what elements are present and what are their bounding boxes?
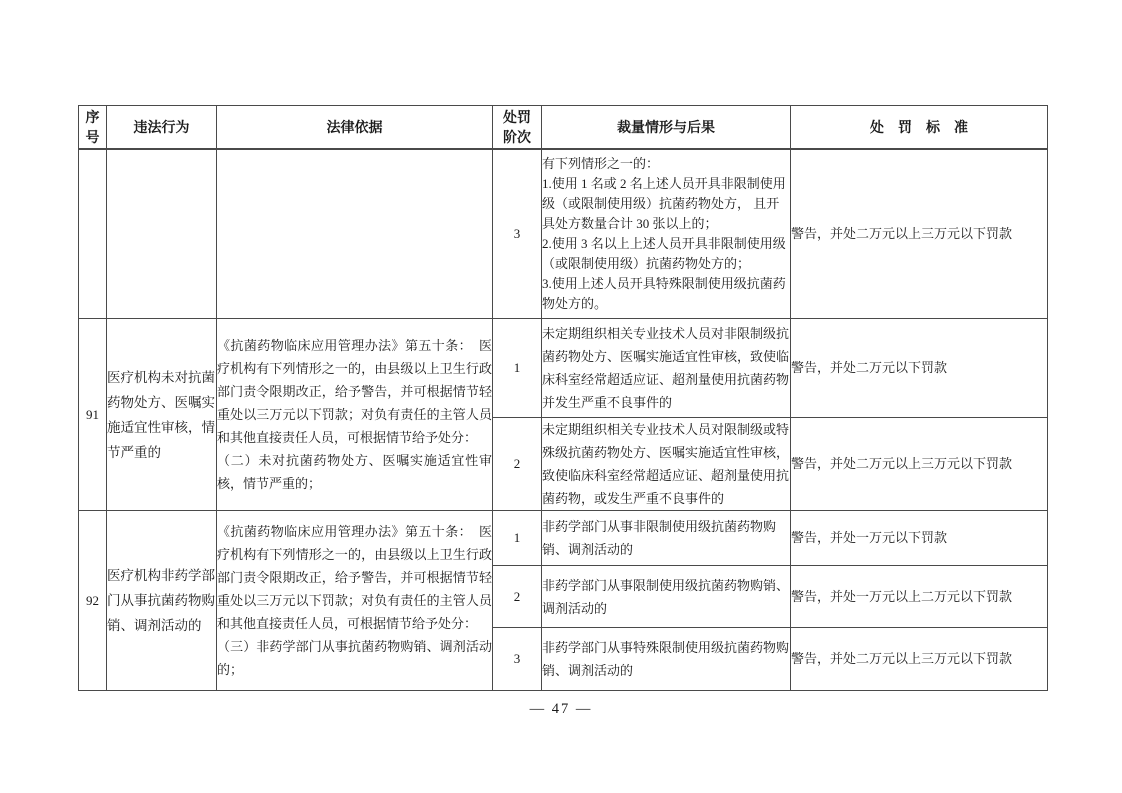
header-legal-basis: 法律依据 — [217, 106, 493, 149]
penalty-cell: 警告，并处二万元以下罚款 — [791, 319, 1048, 418]
tier-cell: 2 — [493, 566, 542, 628]
tier-cell: 1 — [493, 511, 542, 566]
circumstance-cell: 非药学部门从事特殊限制使用级抗菌药物购销、调剂活动的 — [542, 628, 791, 691]
legal-basis-cell — [217, 149, 493, 319]
header-penalty-tier: 处罚 阶次 — [493, 106, 542, 149]
header-serial-number: 序 号 — [79, 106, 107, 149]
document-page: 序 号 违法行为 法律依据 处罚 阶次 裁量情形与后果 处 罚 标 准 3 有下… — [0, 0, 1122, 793]
penalty-cell: 警告，并处一万元以下罚款 — [791, 511, 1048, 566]
table-row: 3 有下列情形之一的： 1.使用 1 名或 2 名上述人员开具非限制使用级（或限… — [79, 149, 1048, 319]
penalty-cell: 警告，并处二万元以上三万元以下罚款 — [791, 628, 1048, 691]
circumstance-cell: 非药学部门从事非限制使用级抗菌药物购销、调剂活动的 — [542, 511, 791, 566]
penalty-cell: 警告，并处二万元以上三万元以下罚款 — [791, 418, 1048, 511]
table-header-row: 序 号 违法行为 法律依据 处罚 阶次 裁量情形与后果 处 罚 标 准 — [79, 106, 1048, 149]
table-row: 92 医疗机构非药学部门从事抗菌药物购销、调剂活动的 《抗菌药物临床应用管理办法… — [79, 511, 1048, 566]
table-row: 91 医疗机构未对抗菌药物处方、医嘱实施适宜性审核，情节严重的 《抗菌药物临床应… — [79, 319, 1048, 418]
behavior-cell — [107, 149, 217, 319]
row-number-cell: 91 — [79, 319, 107, 511]
header-illegal-act: 违法行为 — [107, 106, 217, 149]
legal-basis-cell: 《抗菌药物临床应用管理办法》第五十条： 医疗机构有下列情形之一的，由县级以上卫生… — [217, 511, 493, 691]
behavior-cell: 医疗机构非药学部门从事抗菌药物购销、调剂活动的 — [107, 511, 217, 691]
row-number-cell — [79, 149, 107, 319]
penalty-cell: 警告，并处二万元以上三万元以下罚款 — [791, 149, 1048, 319]
tier-cell: 1 — [493, 319, 542, 418]
circumstance-cell: 未定期组织相关专业技术人员对限制级或特殊级抗菌药物处方、医嘱实施适宜性审核，致使… — [542, 418, 791, 511]
circumstance-cell: 有下列情形之一的： 1.使用 1 名或 2 名上述人员开具非限制使用级（或限制使… — [542, 149, 791, 319]
tier-cell: 2 — [493, 418, 542, 511]
header-penalty-standard: 处 罚 标 准 — [791, 106, 1048, 149]
page-number: — 47 — — [0, 701, 1122, 718]
tier-cell: 3 — [493, 628, 542, 691]
row-number-cell: 92 — [79, 511, 107, 691]
tier-cell: 3 — [493, 149, 542, 319]
penalty-cell: 警告，并处一万元以上二万元以下罚款 — [791, 566, 1048, 628]
circumstance-cell: 非药学部门从事限制使用级抗菌药物购销、调剂活动的 — [542, 566, 791, 628]
behavior-cell: 医疗机构未对抗菌药物处方、医嘱实施适宜性审核，情节严重的 — [107, 319, 217, 511]
circumstance-cell: 未定期组织相关专业技术人员对非限制级抗菌药物处方、医嘱实施适宜性审核，致使临床科… — [542, 319, 791, 418]
penalty-discretion-table: 序 号 违法行为 法律依据 处罚 阶次 裁量情形与后果 处 罚 标 准 3 有下… — [78, 105, 1048, 691]
header-discretion-circumstance: 裁量情形与后果 — [542, 106, 791, 149]
legal-basis-cell: 《抗菌药物临床应用管理办法》第五十条： 医疗机构有下列情形之一的，由县级以上卫生… — [217, 319, 493, 511]
